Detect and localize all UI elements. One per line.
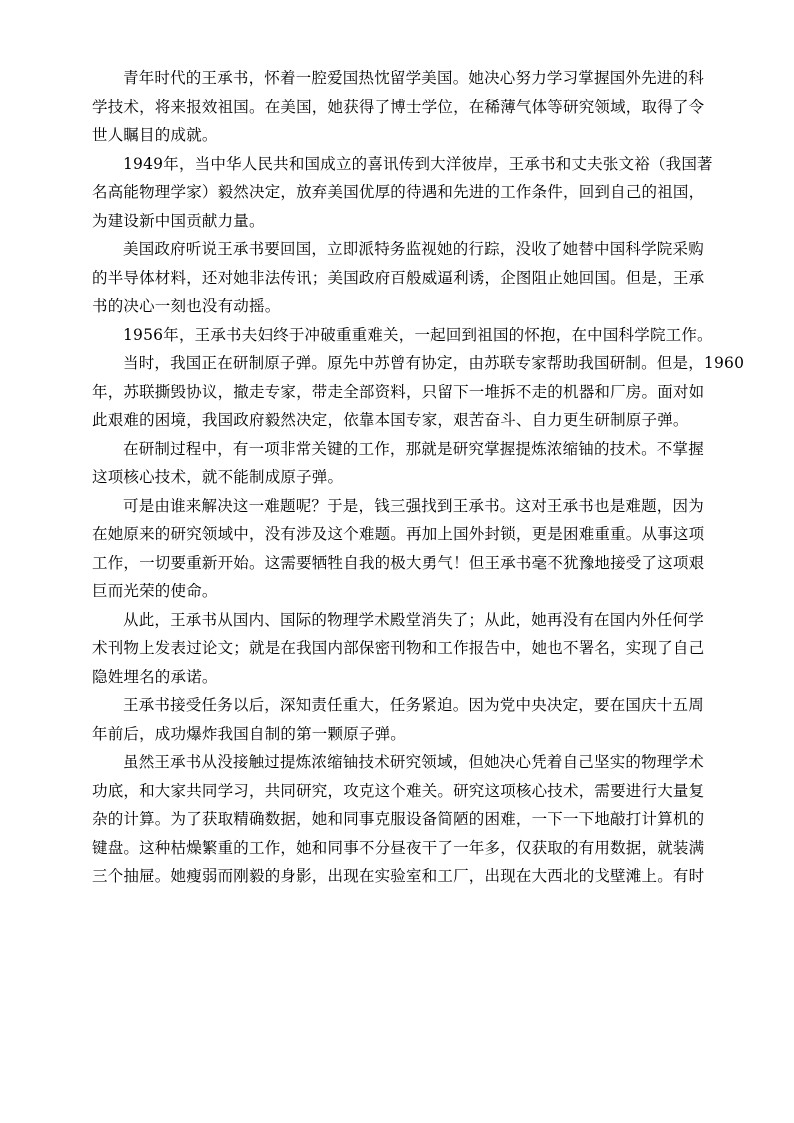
text-line: 这项核心技术，就不能制成原子弹。 [92,463,716,492]
paragraph-8: 从此，王承书从国内、国际的物理学术殿堂消失了；从此，她再没有在国内外任何学 术刊… [92,606,716,692]
text-line: 书的决心一刻也没有动摇。 [92,292,716,321]
paragraph-10: 虽然王承书从没接触过提炼浓缩铀技术研究领域，但她决心凭着自己坚实的物理学术 功底… [92,748,716,891]
paragraph-4: 1956年，王承书夫妇终于冲破重重难关，一起回到祖国的怀抱，在中国科学院工作。 [92,321,716,350]
text-line: 1956年，王承书夫妇终于冲破重重难关，一起回到祖国的怀抱，在中国科学院工作。 [92,321,716,350]
text-line: 名高能物理学家）毅然决定，放弃美国优厚的待遇和先进的工作条件，回到自己的祖国， [92,178,716,207]
text-line: 王承书接受任务以后，深知责任重大，任务紧迫。因为党中央决定，要在国庆十五周 [92,691,716,720]
text-line: 在研制过程中，有一项非常关键的工作，那就是研究掌握提炼浓缩铀的技术。不掌握 [92,435,716,464]
text-line: 隐姓埋名的承诺。 [92,663,716,692]
text-line: 为建设新中国贡献力量。 [92,207,716,236]
text-line: 从此，王承书从国内、国际的物理学术殿堂消失了；从此，她再没有在国内外任何学 [92,606,716,635]
text-line: 键盘。这种枯燥繁重的工作，她和同事不分昼夜干了一年多，仅获取的有用数据，就装满 [92,834,716,863]
paragraph-6: 在研制过程中，有一项非常关键的工作，那就是研究掌握提炼浓缩铀的技术。不掌握 这项… [92,435,716,492]
paragraph-9: 王承书接受任务以后，深知责任重大，任务紧迫。因为党中央决定，要在国庆十五周 年前… [92,691,716,748]
paragraph-2: 1949年，当中华人民共和国成立的喜讯传到大洋彼岸，王承书和丈夫张文裕（我国著 … [92,150,716,236]
document-page: 青年时代的王承书，怀着一腔爱国热忱留学美国。她决心努力学习掌握国外先进的科 学技… [92,64,716,891]
text-line: 当时，我国正在研制原子弹。原先中苏曾有协定，由苏联专家帮助我国研制。但是，196… [92,349,716,378]
paragraph-1: 青年时代的王承书，怀着一腔爱国热忱留学美国。她决心努力学习掌握国外先进的科 学技… [92,64,716,150]
paragraph-3: 美国政府听说王承书要回国，立即派特务监视她的行踪，没收了她替中国科学院采购 的半… [92,235,716,321]
text-line: 杂的计算。为了获取精确数据，她和同事克服设备简陋的困难，一下一下地敲打计算机的 [92,805,716,834]
text-line: 工作，一切要重新开始。这需要牺牲自我的极大勇气！但王承书毫不犹豫地接受了这项艰 [92,549,716,578]
text-line: 青年时代的王承书，怀着一腔爱国热忱留学美国。她决心努力学习掌握国外先进的科 [92,64,716,93]
text-line: 世人瞩目的成就。 [92,121,716,150]
text-line: 巨而光荣的使命。 [92,577,716,606]
text-line: 年前后，成功爆炸我国自制的第一颗原子弹。 [92,720,716,749]
text-line: 学技术，将来报效祖国。在美国，她获得了博士学位，在稀薄气体等研究领域，取得了令 [92,93,716,122]
paragraph-7: 可是由谁来解决这一难题呢？于是，钱三强找到王承书。这对王承书也是难题，因为 在她… [92,492,716,606]
text-line: 美国政府听说王承书要回国，立即派特务监视她的行踪，没收了她替中国科学院采购 [92,235,716,264]
text-line: 1949年，当中华人民共和国成立的喜讯传到大洋彼岸，王承书和丈夫张文裕（我国著 [92,150,716,179]
text-line: 此艰难的困境，我国政府毅然决定，依靠本国专家，艰苦奋斗、自力更生研制原子弹。 [92,406,716,435]
text-line: 术刊物上发表过论文；就是在我国内部保密刊物和工作报告中，她也不署名，实现了自己 [92,634,716,663]
text-line: 可是由谁来解决这一难题呢？于是，钱三强找到王承书。这对王承书也是难题，因为 [92,492,716,521]
text-line: 年，苏联撕毁协议，撤走专家，带走全部资料，只留下一堆拆不走的机器和厂房。面对如 [92,378,716,407]
text-line: 虽然王承书从没接触过提炼浓缩铀技术研究领域，但她决心凭着自己坚实的物理学术 [92,748,716,777]
text-line: 的半导体材料，还对她非法传讯；美国政府百般威逼利诱，企图阻止她回国。但是，王承 [92,264,716,293]
paragraph-5: 当时，我国正在研制原子弹。原先中苏曾有协定，由苏联专家帮助我国研制。但是，196… [92,349,716,435]
text-line: 在她原来的研究领域中，没有涉及这个难题。再加上国外封锁，更是困难重重。从事这项 [92,520,716,549]
text-line: 三个抽屉。她瘦弱而刚毅的身影，出现在实验室和工厂，出现在大西北的戈壁滩上。有时 [92,862,716,891]
text-line: 功底，和大家共同学习，共同研究，攻克这个难关。研究这项核心技术，需要进行大量复 [92,777,716,806]
